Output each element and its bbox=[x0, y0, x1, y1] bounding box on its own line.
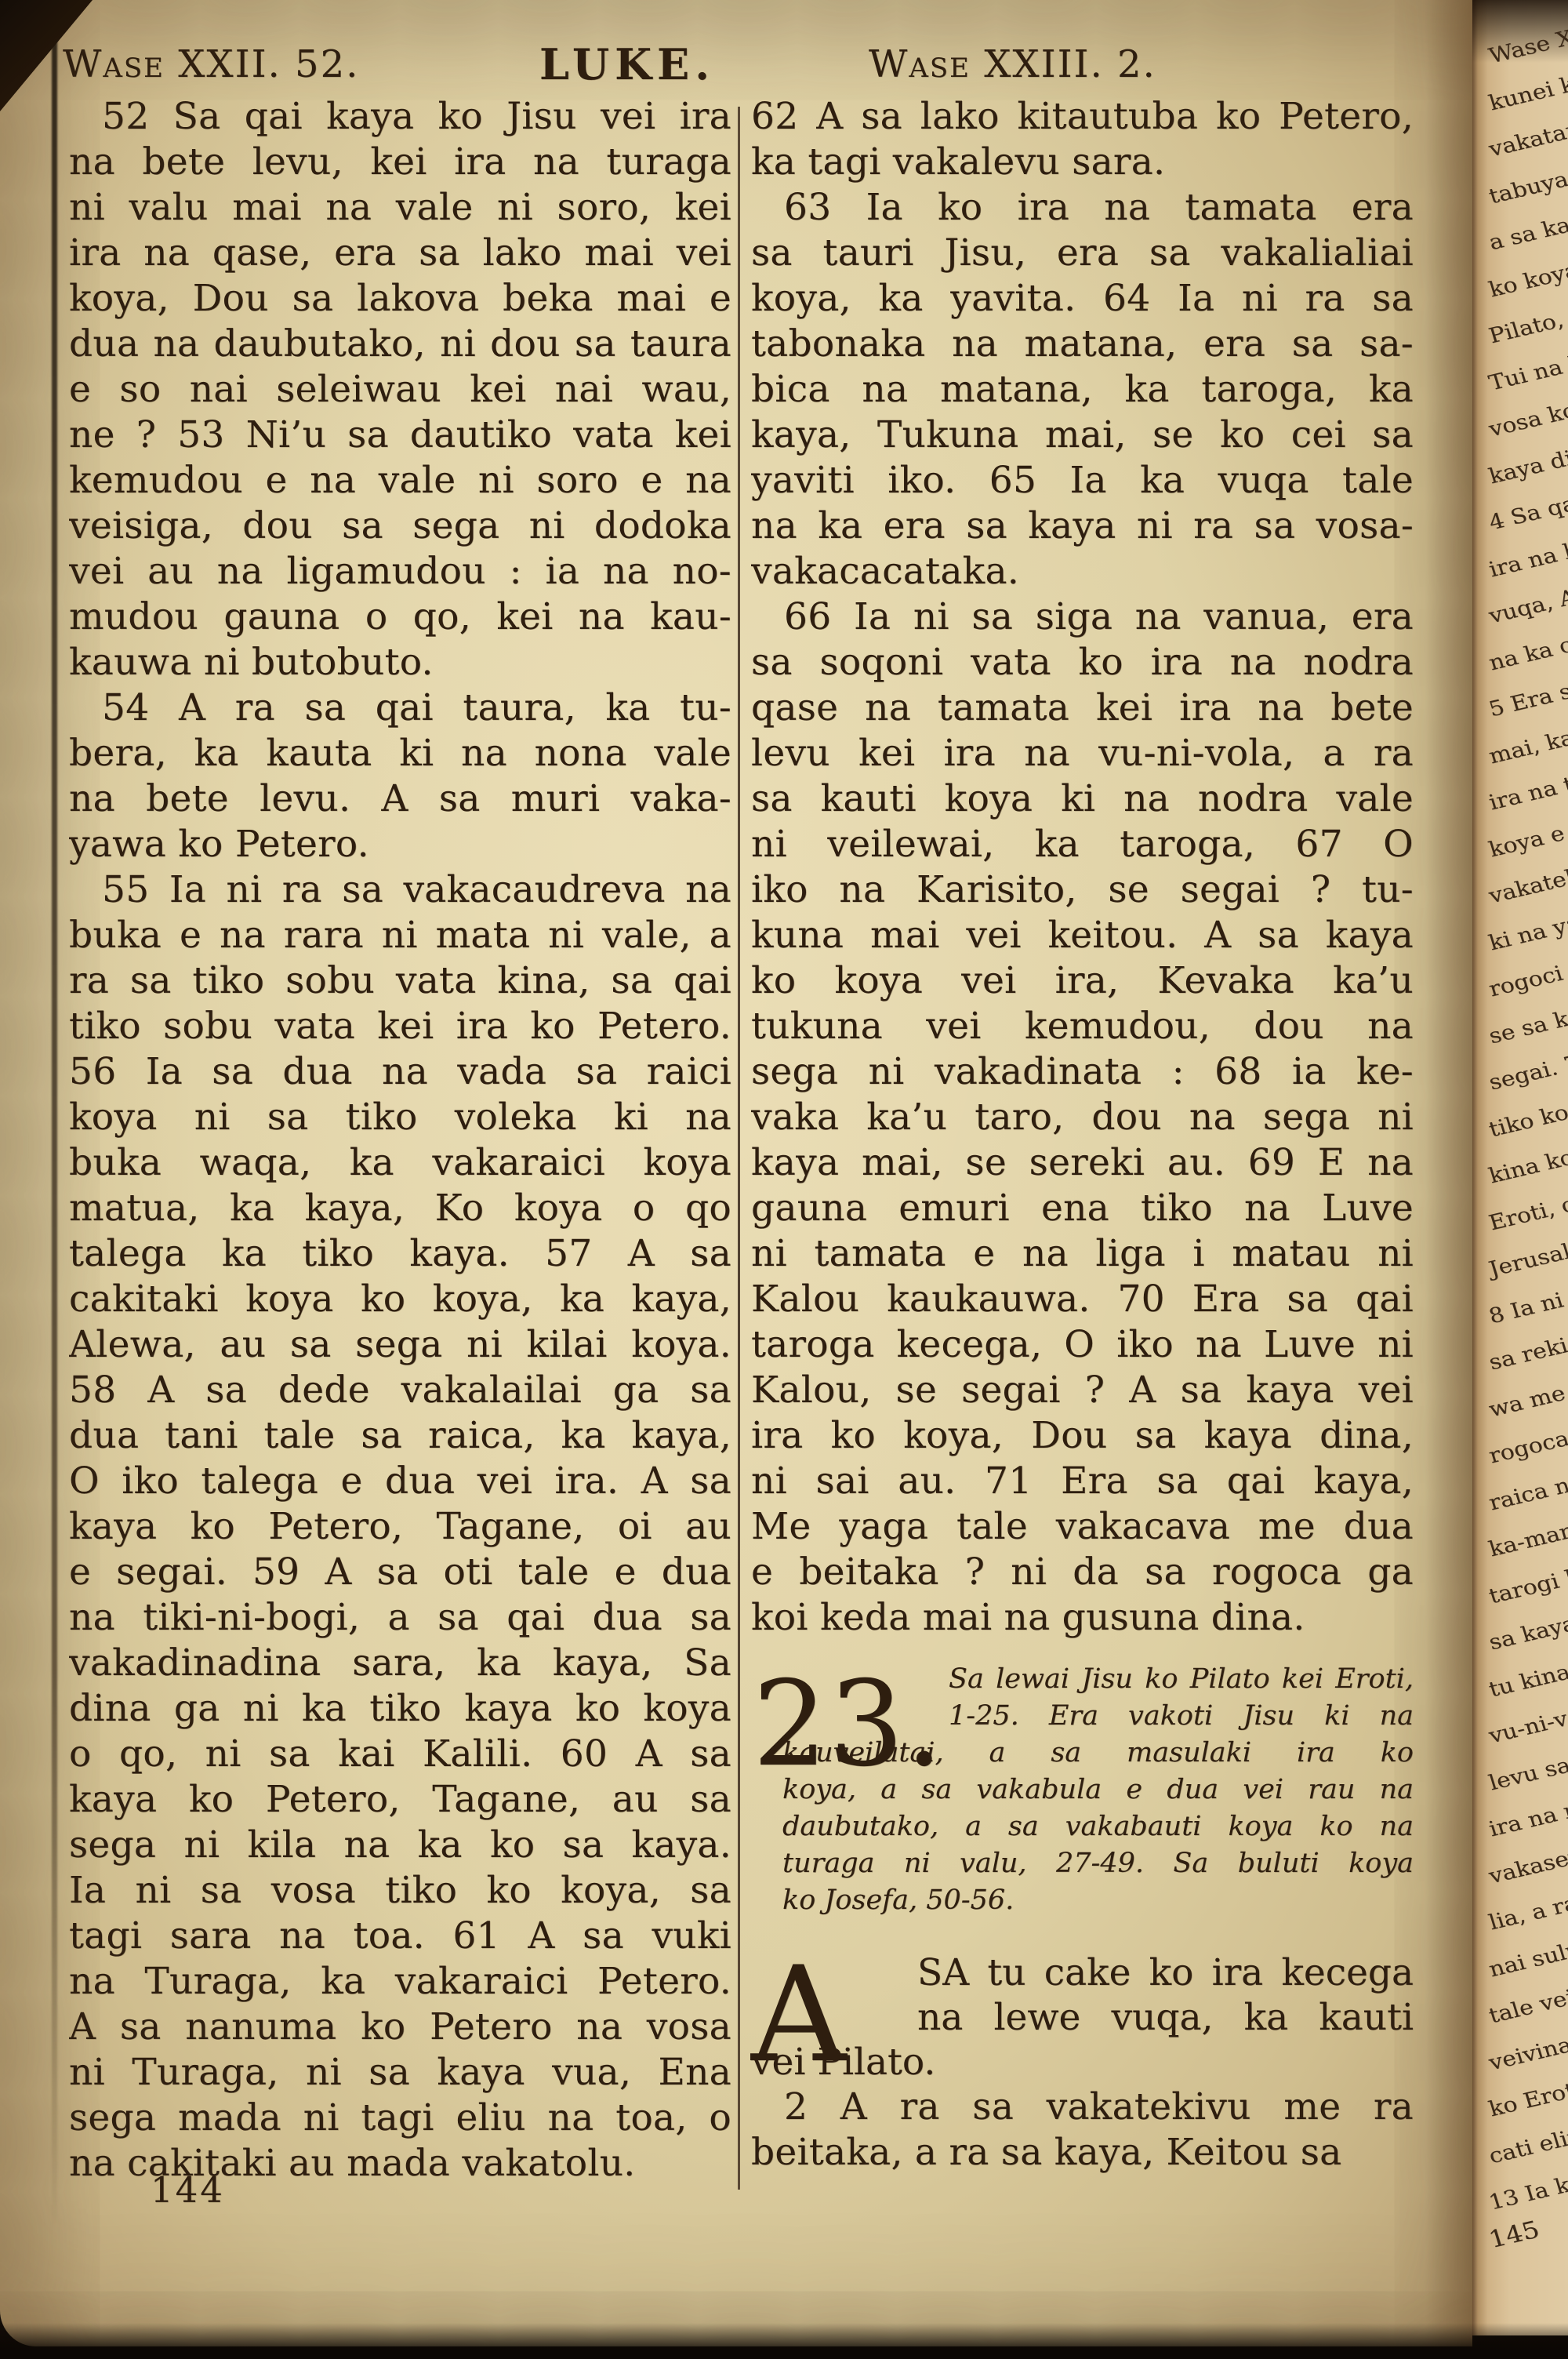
next-page-edge: Wase XXkunei koyavakatani natabuya na sa… bbox=[1472, 0, 1568, 2335]
verse-1-line: na lewe vuqa, ka kauti koya bbox=[751, 1995, 1414, 2040]
text-line: ni veilewai, ka taroga, 67 O bbox=[751, 822, 1414, 867]
text-line: veisiga, dou sa sega ni dodoka bbox=[69, 503, 731, 549]
text-line: cakitaki koya ko koya, ka kaya, bbox=[69, 1277, 731, 1322]
chapter-number: 23. bbox=[753, 1666, 945, 1783]
text-line: sa tauri Jisu, era sa vakalialiai bbox=[751, 231, 1414, 276]
text-line: 58 A sa dede vakalailai ga sa bbox=[69, 1368, 731, 1413]
verse-1-paragraph: A SA tu cake ko ira kecegana lewe vuqa, … bbox=[751, 1950, 1414, 2085]
verse-1-line: SA tu cake ko ira kecega bbox=[751, 1950, 1414, 1995]
text-line: qase na tamata kei ira na bete bbox=[751, 685, 1414, 731]
text-line: 63 Ia ko ira na tamata era bbox=[751, 185, 1414, 231]
text-line: matua, ka kaya, Ko koya o qo bbox=[69, 1186, 731, 1231]
fore-edge-shading bbox=[1425, 0, 1472, 2346]
text-line: buka e na rara ni mata ni vale, a bbox=[69, 913, 731, 958]
text-line: kemudou e na vale ni soro e na bbox=[69, 458, 731, 503]
text-line: 56 Ia sa dua na vada sa raici bbox=[69, 1049, 731, 1095]
text-line: na ka era sa kaya ni ra sa vosa- bbox=[751, 503, 1414, 549]
text-line: bera, ka kauta ki na nona vale bbox=[69, 731, 731, 776]
text-line: Alewa, au sa sega ni kilai koya. bbox=[69, 1322, 731, 1368]
text-line: ni valu mai na vale ni soro, kei bbox=[69, 185, 731, 231]
text-line: bica na matana, ka taroga, ka bbox=[751, 367, 1414, 413]
text-line: yaviti iko. 65 Ia ka vuqa tale bbox=[751, 458, 1414, 503]
chapter-23-heading: 23. Sa lewai Jisu ko Pilato kei Eroti,1-… bbox=[751, 1661, 1414, 1919]
chapter-summary-line: daubutako, a sa vakabauti koya ko na bbox=[751, 1808, 1414, 1845]
text-line: vei au na ligamudou : ia na no- bbox=[69, 549, 731, 594]
text-line: iko na Karisito, se segai ? tu- bbox=[751, 867, 1414, 913]
text-line: e beitaka ? ni da sa rogoca ga bbox=[751, 1550, 1414, 1595]
left-margin-shadow bbox=[52, 0, 57, 2226]
text-line: koi keda mai na gusuna dina. bbox=[751, 1595, 1414, 1641]
text-line: O iko talega e dua vei ira. A sa bbox=[69, 1459, 731, 1504]
chapter-summary-line: turaga ni valu, 27-49. Sa buluti koya bbox=[751, 1845, 1414, 1882]
text-line: buka waqa, ka vakaraici koya bbox=[69, 1140, 731, 1186]
text-line: na Turaga, ka vakaraici Petero. bbox=[69, 1959, 731, 2005]
text-line: Kalou kaukauwa. 70 Era sa qai bbox=[751, 1277, 1414, 1322]
text-line: tagi sara na toa. 61 A sa vuki bbox=[69, 1914, 731, 1959]
drop-cap-initial: A bbox=[751, 1949, 846, 2081]
text-line: ko koya vei ira, Kevaka ka’u bbox=[751, 958, 1414, 1004]
text-line: ra sa tiko sobu vata kina, sa qai bbox=[69, 958, 731, 1004]
text-line: dina ga ni ka tiko kaya ko koya bbox=[69, 1686, 731, 1732]
text-line: koya ni sa tiko voleka ki na bbox=[69, 1095, 731, 1140]
text-line: kaya mai, se sereki au. 69 E na bbox=[751, 1140, 1414, 1186]
right-column: 62 A sa lako kitautuba ko Petero,ka tagi… bbox=[751, 94, 1414, 2175]
text-line: 52 Sa qai kaya ko Jisu vei ira bbox=[69, 94, 731, 140]
text-line: levu kei ira na vu-ni-vola, a ra bbox=[751, 731, 1414, 776]
next-page-text-fragment: Wase XX bbox=[1486, 1, 1568, 67]
page-144: Wase XXII. 52. LUKE. Wase XXIII. 2. 52 S… bbox=[0, 0, 1472, 2346]
photo-bottom-edge bbox=[0, 2323, 1568, 2359]
verse-1-line: vei Pilato. bbox=[751, 2040, 1414, 2085]
text-line: A sa nanuma ko Petero na vosa bbox=[69, 2005, 731, 2050]
text-line: talega ka tiko kaya. 57 A sa bbox=[69, 1231, 731, 1277]
text-line: vakadinadina sara, ka kaya, Sa bbox=[69, 1641, 731, 1686]
text-line: yawa ko Petero. bbox=[69, 822, 731, 867]
running-head-book-title: LUKE. bbox=[539, 39, 715, 89]
text-line: ni sai au. 71 Era sa qai kaya, bbox=[751, 1459, 1414, 1504]
verse-2-line: beitaka, a ra sa kaya, Keitou sa bbox=[751, 2130, 1414, 2175]
text-line: koya, ka yavita. 64 Ia ni ra sa bbox=[751, 276, 1414, 322]
text-line: ira na qase, era sa lako mai vei bbox=[69, 231, 731, 276]
running-head-left: Wase XXII. 52. bbox=[63, 39, 359, 89]
text-line: e segai. 59 A sa oti tale e dua bbox=[69, 1550, 731, 1595]
right-column-verses: 62 A sa lako kitautuba ko Petero,ka tagi… bbox=[751, 94, 1414, 1641]
verse-2-paragraph: 2 A ra sa vakatekivu me rabeitaka, a ra … bbox=[751, 2085, 1414, 2175]
next-page-text: Wase XXkunei koyavakatani natabuya na sa… bbox=[1472, 0, 1568, 2335]
text-line: vaka ka’u taro, dou na sega ni bbox=[751, 1095, 1414, 1140]
text-line: Me yaga tale vakacava me dua bbox=[751, 1504, 1414, 1550]
text-line: sa soqoni vata ko ira na nodra bbox=[751, 640, 1414, 685]
verse-1-lines: SA tu cake ko ira kecegana lewe vuqa, ka… bbox=[751, 1950, 1414, 2085]
text-line: kaya ko Petero, Tagane, au sa bbox=[69, 1777, 731, 1823]
text-line: tabonaka na matana, era sa sa- bbox=[751, 322, 1414, 367]
page-number: 144 bbox=[151, 2169, 225, 2211]
text-line: sega ni kila na ka ko sa kaya. bbox=[69, 1823, 731, 1868]
text-line: sega mada ni tagi eliu na toa, o bbox=[69, 2095, 731, 2141]
text-line: mudou gauna o qo, kei na kau- bbox=[69, 594, 731, 640]
text-line: 66 Ia ni sa siga na vanua, era bbox=[751, 594, 1414, 640]
text-line: ni Turaga, ni sa kaya vua, Ena bbox=[69, 2050, 731, 2095]
text-line: kuna mai vei keitou. A sa kaya bbox=[751, 913, 1414, 958]
chapter-summary-line: ko Josefa, 50-56. bbox=[751, 1882, 1414, 1919]
text-line: ne ? 53 Ni’u sa dautiko vata kei bbox=[69, 413, 731, 458]
text-line: ka tagi vakalevu sara. bbox=[751, 140, 1414, 185]
text-line: vakacacataka. bbox=[751, 549, 1414, 594]
text-line: ni tamata e na liga i matau ni bbox=[751, 1231, 1414, 1277]
text-line: kaya ko Petero, Tagane, oi au bbox=[69, 1504, 731, 1550]
text-line: ira ko koya, Dou sa kaya dina, bbox=[751, 1413, 1414, 1459]
text-line: kauwa ni butobuto. bbox=[69, 640, 731, 685]
text-line: 62 A sa lako kitautuba ko Petero, bbox=[751, 94, 1414, 140]
text-line: e so nai seleiwau kei nai wau, bbox=[69, 367, 731, 413]
text-line: o qo, ni sa kai Kalili. 60 A sa bbox=[69, 1732, 731, 1777]
text-line: Ia ni sa vosa tiko ko koya, sa bbox=[69, 1868, 731, 1914]
column-divider-rule bbox=[738, 107, 740, 2190]
text-line: sa kauti koya ki na nodra vale bbox=[751, 776, 1414, 822]
text-line: na tiki-ni-bogi, a sa qai dua sa bbox=[69, 1595, 731, 1641]
book-photo: Wase XXII. 52. LUKE. Wase XXIII. 2. 52 S… bbox=[0, 0, 1568, 2359]
left-column: 52 Sa qai kaya ko Jisu vei irana bete le… bbox=[69, 94, 731, 2186]
text-line: dua tani tale sa raica, ka kaya, bbox=[69, 1413, 731, 1459]
text-line: na bete levu. A sa muri vaka- bbox=[69, 776, 731, 822]
text-line: 54 A ra sa qai taura, ka tu- bbox=[69, 685, 731, 731]
text-line: Kalou, se segai ? A sa kaya vei bbox=[751, 1368, 1414, 1413]
text-line: kaya, Tukuna mai, se ko cei sa bbox=[751, 413, 1414, 458]
text-line: tiko sobu vata kei ira ko Petero. bbox=[69, 1004, 731, 1049]
running-head-right: Wase XXIII. 2. bbox=[869, 39, 1156, 89]
text-line: taroga kecega, O iko na Luve ni bbox=[751, 1322, 1414, 1368]
text-line: sega ni vakadinata : 68 ia ke- bbox=[751, 1049, 1414, 1095]
scanned-book-page-photo: { "header": { "left": "Wase XXII. 52.", … bbox=[0, 0, 1568, 2359]
text-line: na bete levu, kei ira na turaga bbox=[69, 140, 731, 185]
text-line: 55 Ia ni ra sa vakacaudreva na bbox=[69, 867, 731, 913]
text-line: tukuna vei kemudou, dou na bbox=[751, 1004, 1414, 1049]
text-line: koya, Dou sa lakova beka mai e bbox=[69, 276, 731, 322]
text-line: dua na daubutako, ni dou sa taura bbox=[69, 322, 731, 367]
verse-2-line: 2 A ra sa vakatekivu me ra bbox=[751, 2085, 1414, 2130]
text-line: gauna emuri ena tiko na Luve bbox=[751, 1186, 1414, 1231]
